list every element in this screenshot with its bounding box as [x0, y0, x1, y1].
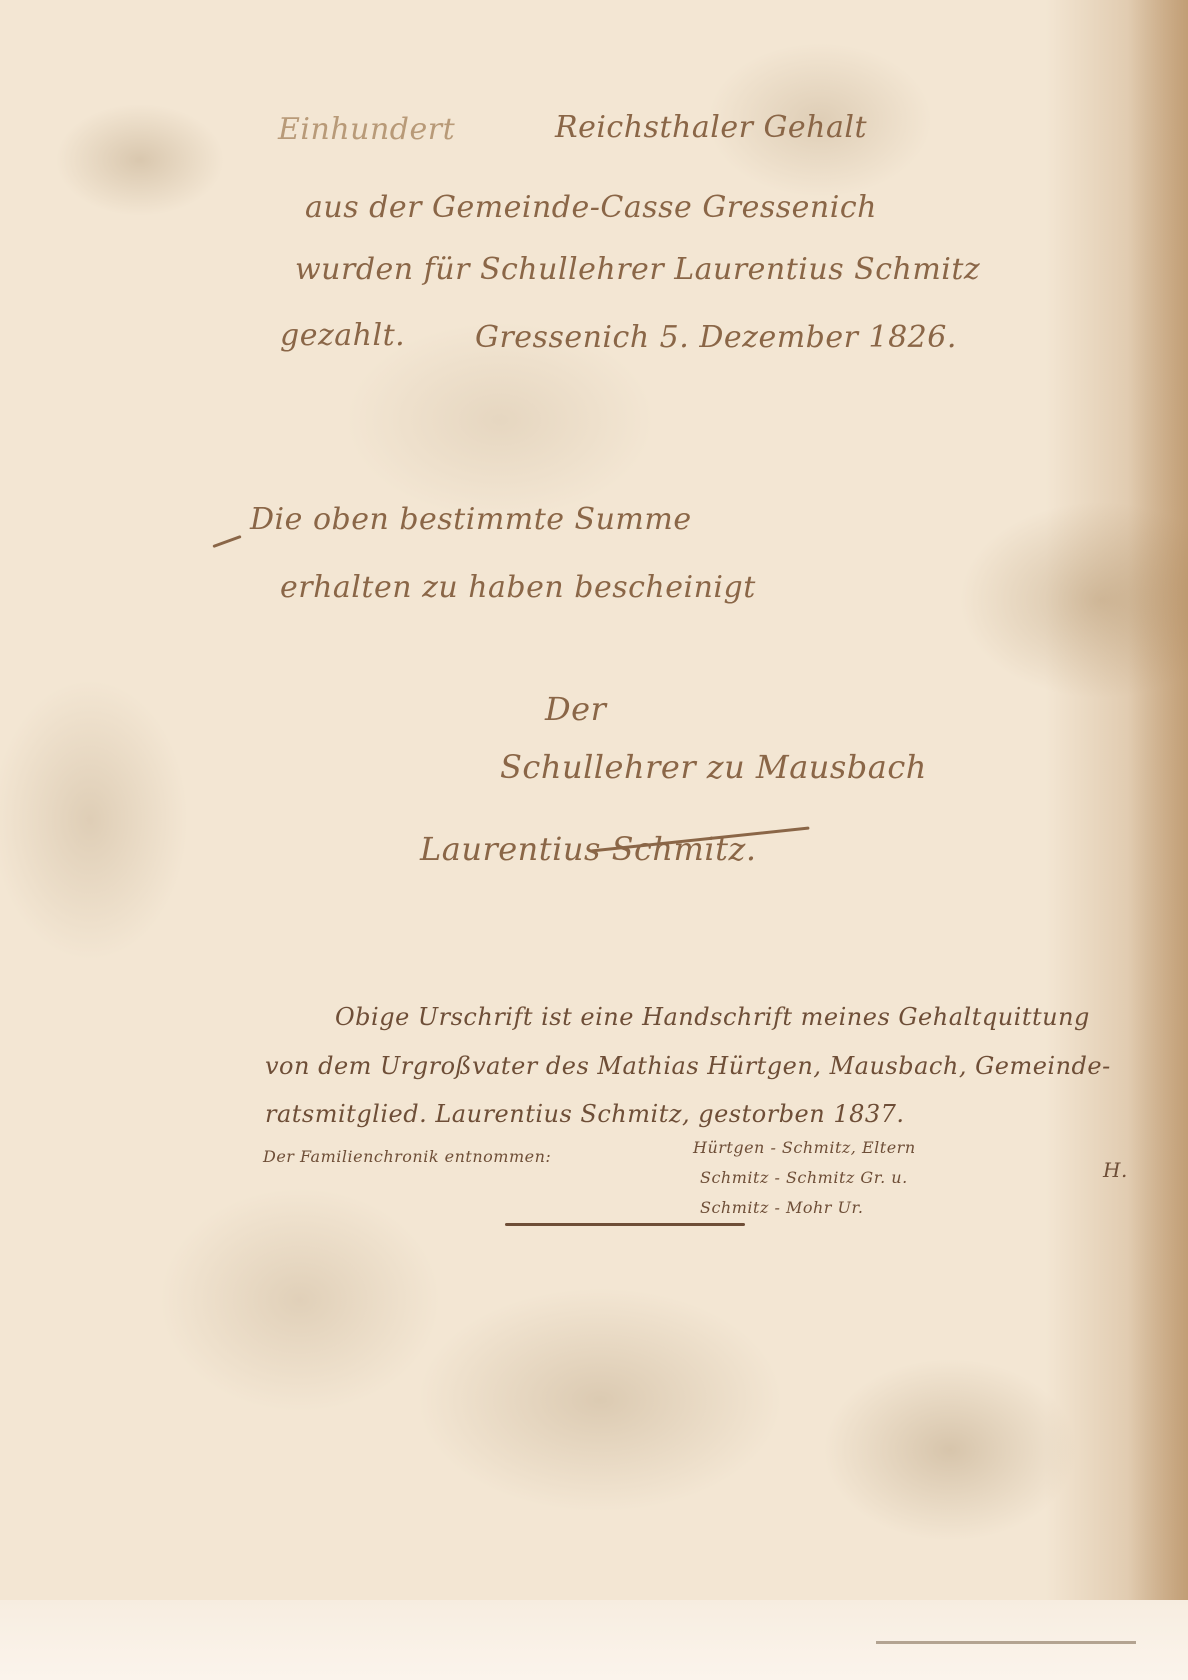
note-initials: H. [1103, 1158, 1128, 1182]
note-line-2: von dem Urgroßvater des Mathias Hürtgen,… [265, 1052, 1111, 1080]
header-line-4: gezahlt. [280, 318, 405, 353]
header-line-2: aus der Gemeinde-Casse Gressenich [305, 190, 877, 225]
header-line-1: Reichsthaler Gehalt [555, 110, 867, 145]
lineage-underline [505, 1223, 745, 1226]
signature-article: Der [545, 690, 606, 728]
scanned-document-page: Einhundert Reichsthaler Gehalt aus der G… [0, 0, 1188, 1680]
photo-border-bottom [0, 1600, 1188, 1680]
receipt-line-2: erhalten zu haben bescheinigt [280, 570, 756, 605]
lineage-3: Schmitz - Mohr Ur. [700, 1198, 863, 1217]
flourish-stroke [212, 535, 241, 548]
receipt-line-1: Die oben bestimmte Summe [250, 502, 692, 537]
note-line-3: ratsmitglied. Laurentius Schmitz, gestor… [265, 1100, 905, 1128]
place-date: Gressenich 5. Dezember 1826. [475, 320, 957, 355]
struck-word: Einhundert [278, 112, 455, 147]
lineage-1: Hürtgen - Schmitz, Eltern [693, 1138, 916, 1157]
signature-title: Schullehrer zu Mausbach [500, 748, 927, 786]
header-line-3: wurden für Schullehrer Laurentius Schmit… [295, 252, 980, 287]
note-line-1: Obige Urschrift ist eine Handschrift mei… [335, 1003, 1090, 1031]
lineage-2: Schmitz - Schmitz Gr. u. [700, 1168, 908, 1187]
signature-name: Laurentius Schmitz. [420, 830, 757, 868]
photo-edge-line [876, 1641, 1136, 1644]
note-line-4: Der Familienchronik entnommen: [263, 1147, 551, 1166]
paper-edge-stain [1128, 0, 1188, 1600]
